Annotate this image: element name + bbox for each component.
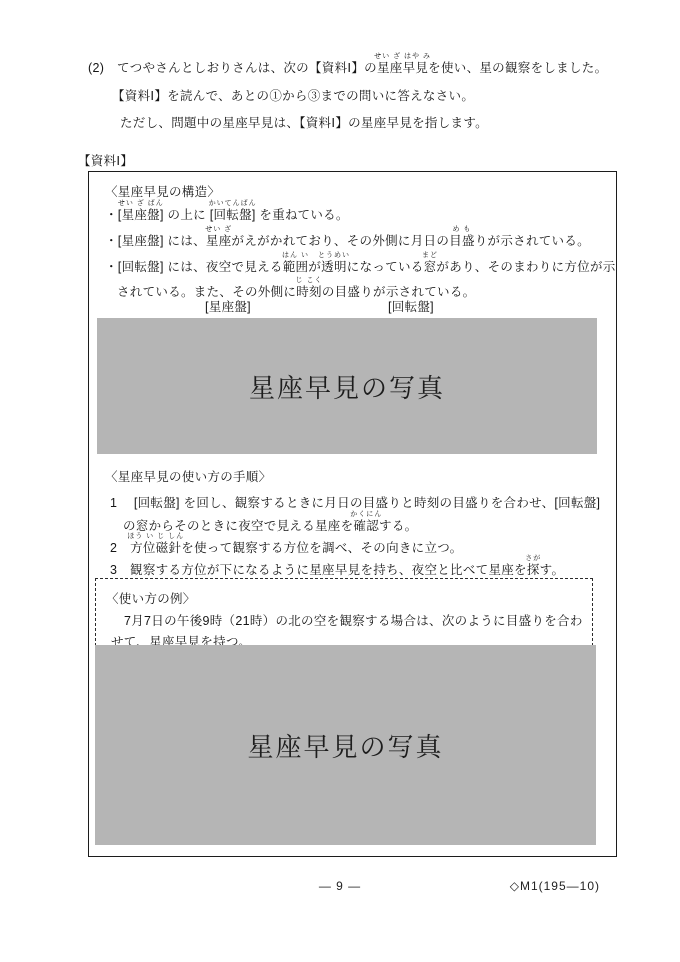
procedure-step-1-line-1: 1 [回転盤] を回し、観察するときに月日の目盛りと時刻の目盛りを合わせ、[回転… [110,496,600,512]
material-1-label: 【資料Ⅰ】 [78,154,133,170]
structure-bullet-3-line-2: されている。また、その外側に時刻じ こくの目盛りが示されている。 [117,285,475,301]
photo1-label-star-disk: [星座盤] [205,300,251,316]
structure-heading: 〈星座早見の構造〉 [105,185,220,201]
structure-bullet-1: ・[星座盤せい ざ ばん] の上に [回転盤かいてんばん] を重ねている。 [105,208,349,224]
planisphere-photo-2: 星座早見の写真 [95,645,596,845]
planisphere-photo-1: 星座早見の写真 [97,318,597,454]
usage-example-box: 〈使い方の例〉 7月7日の午後9時（21時）の北の空を観察する場合は、次のように… [95,578,593,646]
structure-bullet-3-line-1: ・[回転盤] には、夜空で見える範囲はん いが透明とうめいになっている窓まどがあ… [105,260,616,276]
example-heading: 〈使い方の例〉 [106,592,196,608]
procedure-step-3: 3 観察する方位が下になるように星座早見を持ち、夜空と比べて星座を探さがす。 [110,563,564,579]
procedure-heading: 〈星座早見の使い方の手順〉 [105,470,271,486]
structure-bullet-2: ・[星座盤] には、星座せい ざがえがかれており、その外側に月日の目盛め もりが… [105,234,590,250]
intro-line-1: (2) てつやさんとしおりさんは、次の【資料Ⅰ】の星座早見せい ざ はや みを使… [88,61,607,77]
document-code: ◇M1(195—10) [510,879,600,893]
example-line-1: 7月7日の午後9時（21時）の北の空を観察する場合は、次のように目盛りを合わ [124,614,583,630]
intro-line-2: 【資料Ⅰ】を読んで、あとの①から③までの問いに答えなさい。 [112,89,474,105]
planisphere-photo-2-caption: 星座早見の写真 [247,727,443,764]
material-1-box: 〈星座早見の構造〉 ・[星座盤せい ざ ばん] の上に [回転盤かいてんばん] … [88,171,617,857]
procedure-step-2: 2 方位磁針ほう い じ しんを使って観察する方位を調べ、その向きに立つ。 [110,541,462,557]
intro-line-3: ただし、問題中の星座早見は、【資料Ⅰ】の星座早見を指します。 [120,116,488,132]
exam-document-page: (2) てつやさんとしおりさんは、次の【資料Ⅰ】の星座早見せい ざ はや みを使… [0,0,680,962]
planisphere-photo-1-caption: 星座早見の写真 [249,368,445,405]
photo1-label-rotating-disk: [回転盤] [388,300,434,316]
